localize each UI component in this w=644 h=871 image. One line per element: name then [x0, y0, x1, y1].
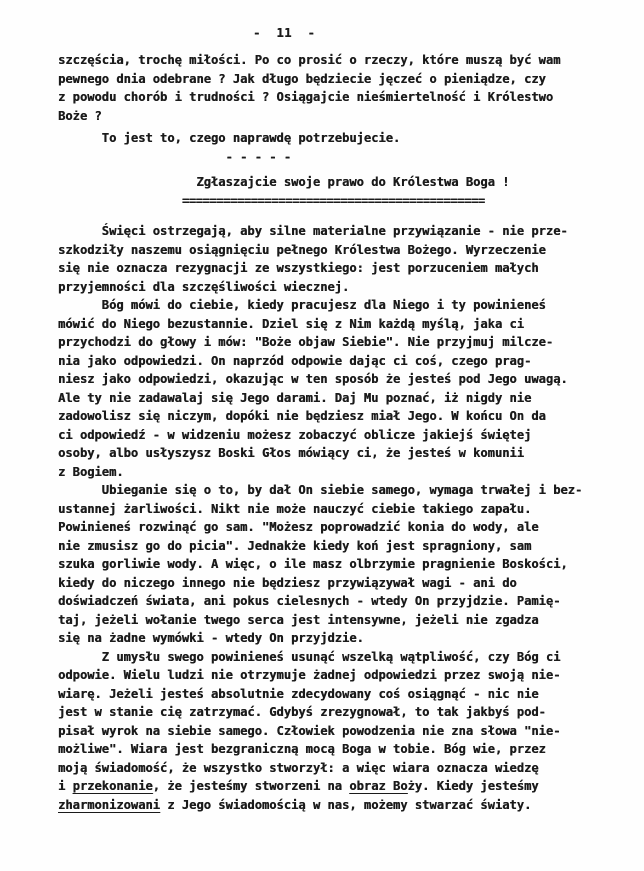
text-line: zharmonizowani z Jego świadomością w nas…: [58, 796, 598, 815]
text-line: - - - - -: [58, 148, 598, 167]
underlined-text: zharmonizowani: [58, 798, 160, 812]
text-line: ustannej żarliwości. Nikt nie może naucz…: [58, 500, 598, 519]
text-line: Ubieganie się o to, by dał On siebie sam…: [58, 481, 598, 500]
text-line: To jest to, czego naprawdę potrzebujecie…: [58, 129, 598, 148]
text-line: taj, jeżeli wołanie twego serca jest int…: [58, 611, 598, 630]
text-line: pisał wyrok na siebie samego. Człowiek p…: [58, 722, 598, 741]
text-line: jest w stanie cię zatrzymać. Gdybyś zrez…: [58, 703, 598, 722]
text-line: z Bogiem.: [58, 463, 598, 482]
separator-dashes: - - - - -: [58, 148, 598, 167]
paragraph-saints-warn: Święci ostrzegają, aby silne materialne …: [58, 222, 598, 296]
text-line: mówić do Niego bezustannie. Dziel się z …: [58, 315, 598, 334]
text-line: Boże ?: [58, 107, 598, 126]
scanned-document-page: - 11 - szczęścia, trochę miłości. Po co …: [0, 0, 644, 871]
heading-underline: ========================================…: [58, 192, 598, 211]
text-line: ci odpowiedź - w widzeniu możesz zobaczy…: [58, 426, 598, 445]
text-segment: z Jego świadomością w nas, możemy stwarz…: [160, 798, 531, 812]
page-number: - 11 -: [253, 26, 315, 40]
underlined-text: przekonanie: [73, 779, 153, 793]
text-line: z powodu chorób i trudności ? Osiągajcie…: [58, 88, 598, 107]
text-line: szkodziły naszemu osiągnięciu pełnego Kr…: [58, 241, 598, 260]
text-line: szuka gorliwie wody. A więc, o ile masz …: [58, 555, 598, 574]
text-line: kiedy do niczego innego nie będziesz prz…: [58, 574, 598, 593]
paragraph-seeking-god: Ubieganie się o to, by dał On siebie sam…: [58, 481, 598, 648]
text-line: możliwe". Wiara jest bezgraniczną mocą B…: [58, 740, 598, 759]
text-line: Bóg mówi do ciebie, kiedy pracujesz dla …: [58, 296, 598, 315]
text-line: się na żadne wymówki - wtedy On przyjdzi…: [58, 629, 598, 648]
text-line: odpowie. Wielu ludzi nie otrzymuje żadne…: [58, 666, 598, 685]
section-heading: Zgłaszajcie swoje prawo do Królestwa Bog…: [58, 173, 598, 192]
text-line: nia jako odpowiedzi. On naprzód odpowie …: [58, 352, 598, 371]
text-line: i przekonanie, że jesteśmy stworzeni na …: [58, 777, 598, 796]
underlined-text: obraz Bo: [349, 779, 407, 793]
text-line: wiarę. Jeżeli jesteś absolutnie zdecydow…: [58, 685, 598, 704]
text-segment: , że jesteśmy stworzeni na: [153, 779, 350, 793]
text-line: osoby, albo usłyszysz Boski Głos mówiący…: [58, 444, 598, 463]
text-line: Z umysłu swego powinieneś usunąć wszelką…: [58, 648, 598, 667]
text-line: nie zmusisz go do picia". Jednakże kiedy…: [58, 537, 598, 556]
text-line: doświadczeń świata, ani pokus cielesnych…: [58, 592, 598, 611]
text-line: się nie oznacza rezygnacji ze wszystkieg…: [58, 259, 598, 278]
text-segment: i: [58, 779, 73, 793]
text-line: pewnego dnia odebrane ? Jak długo będzie…: [58, 70, 598, 89]
text-line: przychodzi do głowy i mów: "Boże objaw S…: [58, 333, 598, 352]
text-line: zadowolisz się niczym, dopóki nie będzie…: [58, 407, 598, 426]
text-line: niesz jako odpowiedzi, okazując w ten sp…: [58, 370, 598, 389]
text-line: ========================================…: [58, 192, 598, 211]
paragraph-doubt-and-faith: Z umysłu swego powinieneś usunąć wszelką…: [58, 648, 598, 815]
paragraph-god-speaks: Bóg mówi do ciebie, kiedy pracujesz dla …: [58, 296, 598, 481]
text-line: Ale ty nie zadawalaj się Jego darami. Da…: [58, 389, 598, 408]
text-line: Święci ostrzegają, aby silne materialne …: [58, 222, 598, 241]
text-line: moją świadomość, że wszystko stworzył: a…: [58, 759, 598, 778]
paragraph-continuation: szczęścia, trochę miłości. Po co prosić …: [58, 51, 598, 125]
text-segment: ży. Kiedy jesteśmy: [408, 779, 539, 793]
text-line: Zgłaszajcie swoje prawo do Królestwa Bog…: [58, 173, 598, 192]
closing-sentence: To jest to, czego naprawdę potrzebujecie…: [58, 129, 598, 148]
document-body: szczęścia, trochę miłości. Po co prosić …: [58, 51, 598, 814]
text-line: szczęścia, trochę miłości. Po co prosić …: [58, 51, 598, 70]
text-line: przyjemności dla szczęśliwości wiecznej.: [58, 278, 598, 297]
text-line: Powinieneś rozwinąć go sam. "Możesz popr…: [58, 518, 598, 537]
